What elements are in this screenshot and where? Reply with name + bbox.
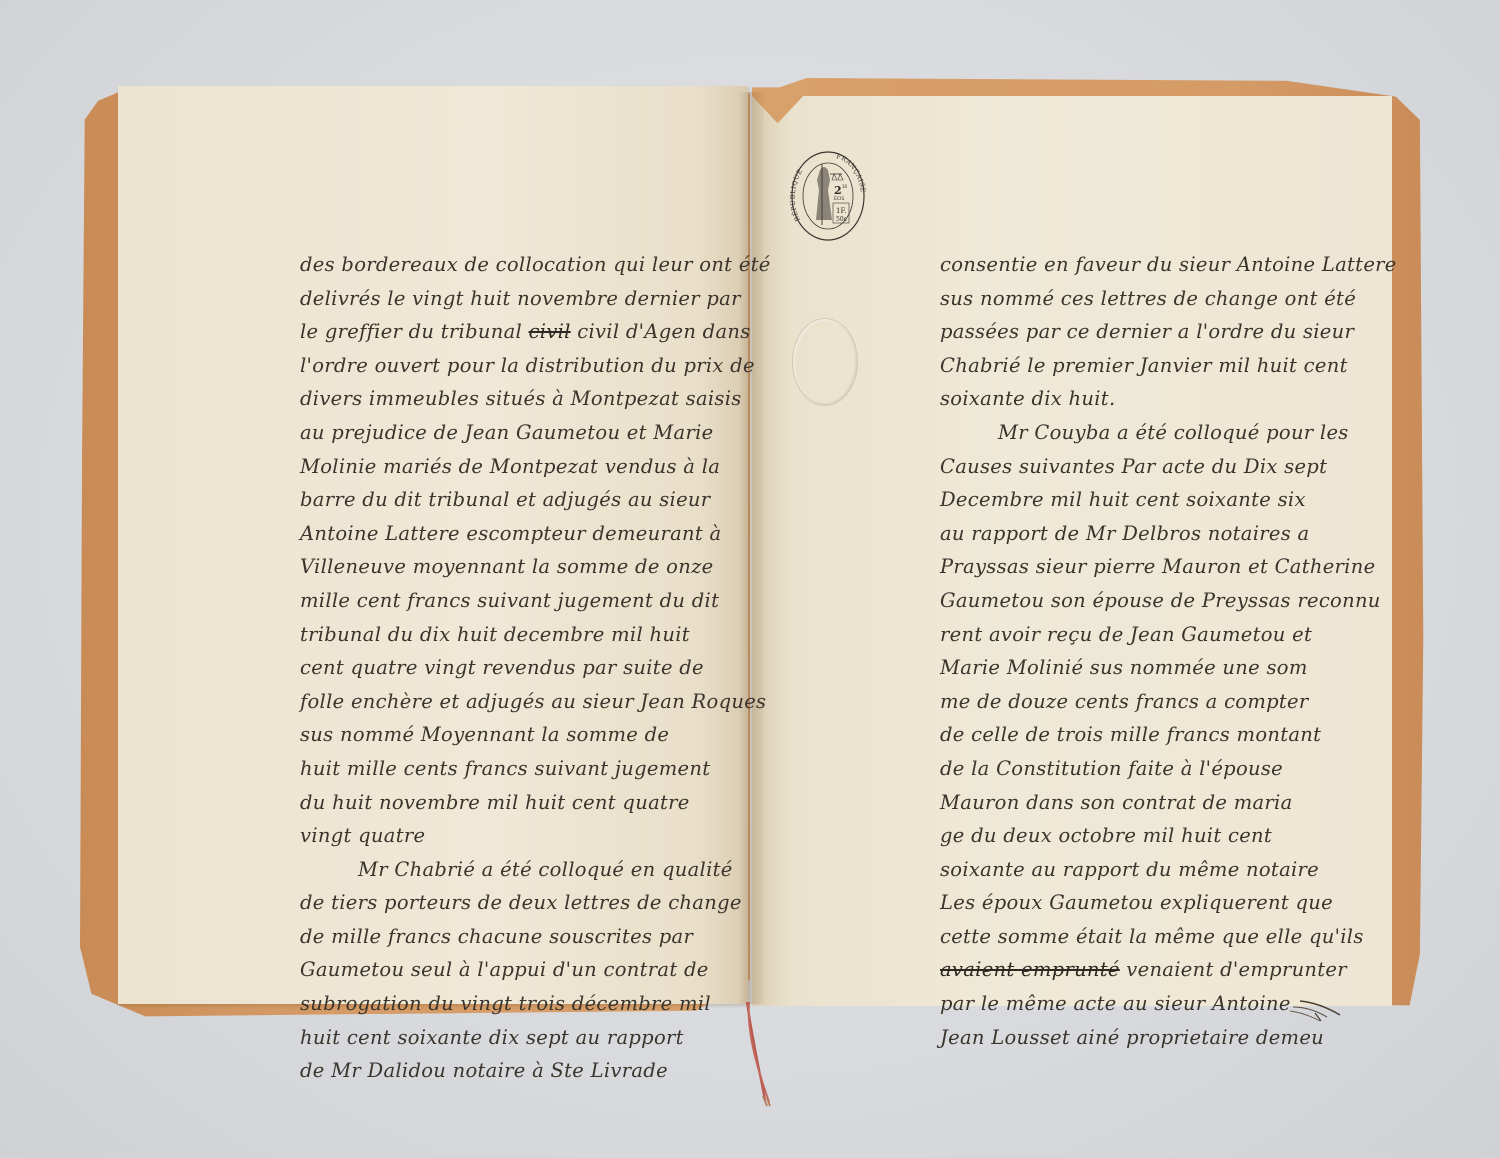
text-line: Mauron dans son contrat de maria bbox=[940, 786, 1397, 820]
text-line: Causes suivantes Par acte du Dix sept bbox=[940, 450, 1397, 484]
binding-thread bbox=[735, 1000, 775, 1110]
text-line: cent quatre vingt revendus par suite de bbox=[300, 651, 771, 685]
text-line: soixante au rapport du même notaire bbox=[940, 853, 1397, 887]
right-page-text: consentie en faveur du sieur Antoine Lat… bbox=[940, 248, 1397, 1054]
stamp-legend-left: RÉPUBLIQUE bbox=[790, 167, 804, 222]
text-line: folle enchère et adjugés au sieur Jean R… bbox=[300, 685, 771, 719]
text-line: Prayssas sieur pierre Mauron et Catherin… bbox=[940, 550, 1397, 584]
text-line: Mr Couyba a été colloqué pour les bbox=[940, 416, 1397, 450]
text-line: Molinie mariés de Montpezat vendus à la bbox=[300, 450, 771, 484]
struck-word: avaient emprunté bbox=[940, 958, 1120, 981]
text-line: de mille francs chacune souscrites par bbox=[300, 920, 771, 954]
text-line: tribunal du dix huit decembre mil huit bbox=[300, 618, 771, 652]
left-page-text: des bordereaux de collocation qui leur o… bbox=[300, 248, 771, 1088]
text-line: de la Constitution faite à l'épouse bbox=[940, 752, 1397, 786]
text-line: huit mille cents francs suivant jugement bbox=[300, 752, 771, 786]
text-line: consentie en faveur du sieur Antoine Lat… bbox=[940, 248, 1397, 282]
text-line: barre du dit tribunal et adjugés au sieu… bbox=[300, 483, 771, 517]
text-line: sus nommé Moyennant la somme de bbox=[300, 718, 771, 752]
text-line: du huit novembre mil huit cent quatre bbox=[300, 786, 771, 820]
text-line: Gaumetou son épouse de Preyssas reconnu bbox=[940, 584, 1397, 618]
text-line: Gaumetou seul à l'appui d'un contrat de bbox=[300, 953, 771, 987]
text-line: passées par ce dernier a l'ordre du sieu… bbox=[940, 315, 1397, 349]
svg-text:1F.: 1F. bbox=[836, 207, 846, 215]
text-line: avaient emprunté venaient d'emprunter bbox=[940, 953, 1397, 987]
text-line: huit cent soixante dix sept au rapport bbox=[300, 1021, 771, 1055]
svg-text:50c: 50c bbox=[836, 216, 848, 223]
text-line: divers immeubles situés à Montpezat sais… bbox=[300, 382, 771, 416]
svg-text:RÉPUBLIQUE: RÉPUBLIQUE bbox=[790, 167, 804, 222]
text-line: Mr Chabrié a été colloqué en qualité bbox=[300, 853, 771, 887]
text-line: mille cent francs suivant jugement du di… bbox=[300, 584, 771, 618]
text-line: sus nommé ces lettres de change ont été bbox=[940, 282, 1397, 316]
text-line: delivrés le vingt huit novembre dernier … bbox=[300, 282, 771, 316]
text-line: Chabrié le premier Janvier mil huit cent bbox=[940, 349, 1397, 383]
text-line: ge du deux octobre mil huit cent bbox=[940, 819, 1397, 853]
text-line: rent avoir reçu de Jean Gaumetou et bbox=[940, 618, 1397, 652]
text-line: de Mr Dalidou notaire à Ste Livrade bbox=[300, 1054, 771, 1088]
text-line: au rapport de Mr Delbros notaires a bbox=[940, 517, 1397, 551]
text-line: l'ordre ouvert pour la distribution du p… bbox=[300, 349, 771, 383]
text-line: soixante dix huit. bbox=[940, 382, 1397, 416]
text-line: me de douze cents francs a compter bbox=[940, 685, 1397, 719]
svg-text:2: 2 bbox=[834, 184, 842, 197]
text-line: subrogation du vingt trois décembre mil bbox=[300, 987, 771, 1021]
text-line: Les époux Gaumetou expliquerent que bbox=[940, 886, 1397, 920]
text-line: le greffier du tribunal civil civil d'Ag… bbox=[300, 315, 771, 349]
text-line: cette somme était la même que elle qu'il… bbox=[940, 920, 1397, 954]
fiscal-stamp-icon: RÉPUBLIQUE FRANÇAISE 2 10 ÉCIS 1F. 50c bbox=[790, 150, 866, 242]
text-line: de celle de trois mille francs montant bbox=[940, 718, 1397, 752]
text-line: Jean Lousset ainé proprietaire demeu bbox=[940, 1021, 1397, 1055]
text-line: des bordereaux de collocation qui leur o… bbox=[300, 248, 771, 282]
struck-word: civil bbox=[529, 320, 571, 343]
text-line: au prejudice de Jean Gaumetou et Marie bbox=[300, 416, 771, 450]
svg-text:10: 10 bbox=[842, 184, 848, 189]
text-line: Villeneuve moyennant la somme de onze bbox=[300, 550, 771, 584]
text-line: Antoine Lattere escompteur demeurant à bbox=[300, 517, 771, 551]
text-line: Decembre mil huit cent soixante six bbox=[940, 483, 1397, 517]
text-line: vingt quatre bbox=[300, 819, 771, 853]
text-line: Marie Molinié sus nommée une som bbox=[940, 651, 1397, 685]
text-line: de tiers porteurs de deux lettres de cha… bbox=[300, 886, 771, 920]
embossed-seal bbox=[792, 318, 858, 406]
pencil-mark bbox=[1285, 995, 1355, 1025]
